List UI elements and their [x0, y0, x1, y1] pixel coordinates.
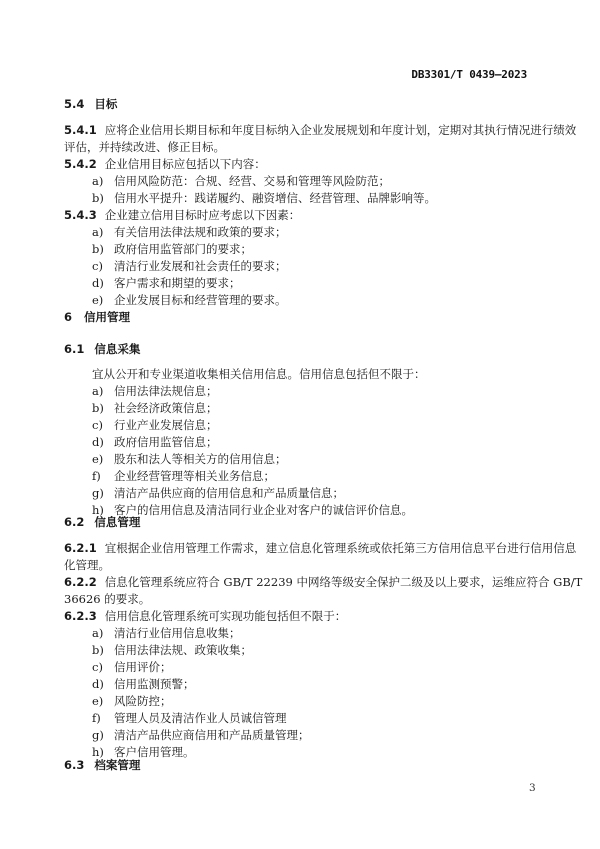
list-item: a)信用法律法规信息； [92, 383, 218, 399]
list-item-text: 信用评价； [114, 660, 172, 674]
list-item-text: 有关信用法律法规和政策的要求； [114, 225, 287, 239]
list-item: e)股东和法人等相关方的信用信息； [92, 451, 287, 467]
list-item: b)政府信用监管部门的要求； [92, 241, 252, 257]
list-item-text: 客户的信用信息及清洁同行业企业对客户的诚信评价信息。 [114, 503, 413, 517]
list-item: c)行业产业发展信息； [92, 417, 218, 433]
clause-text: 企业建立信用目标时应考虑以下因素： [105, 208, 301, 222]
section-title: 信息采集 [94, 342, 140, 356]
section-number: 6.3 [64, 757, 84, 773]
section-number: 6.1 [64, 341, 84, 357]
text: 评估，并持续改进、修正目标。 [64, 140, 225, 154]
list-item-label: c) [92, 258, 114, 274]
clause-number: 5.4.2 [64, 156, 97, 172]
list-item-label: d) [92, 676, 114, 692]
text: 36626 的要求。 [64, 592, 150, 606]
list-item-text: 清洁行业发展和社会责任的要求； [114, 259, 287, 273]
list-item-label: e) [92, 693, 114, 709]
list-item-label: c) [92, 659, 114, 675]
list-item: e)企业发展目标和经营管理的要求。 [92, 292, 287, 308]
list-item-label: a) [92, 625, 114, 641]
continuation-text: 36626 的要求。 [64, 591, 150, 607]
section-heading: 6.3档案管理 [64, 757, 140, 773]
clause-number: 6.2.2 [64, 574, 97, 590]
list-item: a)清洁行业信用信息收集； [92, 625, 241, 641]
section-heading: 6信用管理 [64, 309, 130, 325]
clause: 5.4.3企业建立信用目标时应考虑以下因素： [64, 207, 300, 223]
list-item-label: e) [92, 451, 114, 467]
list-item-label: a) [92, 224, 114, 240]
section-heading: 6.2信息管理 [64, 514, 140, 530]
section-heading: 5.4目标 [64, 96, 117, 112]
list-item: c)信用评价； [92, 659, 172, 675]
list-item-text: 政府信用监管信息； [114, 435, 218, 449]
list-item: e)风险防控； [92, 693, 172, 709]
list-item-text: 客户需求和期望的要求； [114, 276, 241, 290]
section-number: 6 [64, 309, 72, 325]
paragraph: 宜从公开和专业渠道收集相关信用信息。信用信息包括但不限于： [92, 366, 426, 382]
page-number: 3 [529, 782, 536, 794]
list-item-label: f) [92, 710, 114, 726]
list-item-label: b) [92, 642, 114, 658]
list-item: f)企业经营管理等相关业务信息； [92, 468, 275, 484]
clause-text: 信息化管理系统应符合 GB/T 22239 中网络等级安全保护二级及以上要求，运… [105, 575, 583, 589]
list-item-text: 管理人员及清洁作业人员诚信管理 [114, 711, 287, 725]
list-item: b)信用法律法规、政策收集； [92, 642, 252, 658]
clause: 5.4.2企业信用目标应包括以下内容： [64, 156, 266, 172]
list-item-label: e) [92, 292, 114, 308]
list-item-label: b) [92, 190, 114, 206]
list-item-label: d) [92, 434, 114, 450]
list-item: a)有关信用法律法规和政策的要求； [92, 224, 287, 240]
list-item-label: b) [92, 241, 114, 257]
list-item-text: 行业产业发展信息； [114, 418, 218, 432]
clause: 6.2.2信息化管理系统应符合 GB/T 22239 中网络等级安全保护二级及以… [64, 574, 582, 590]
list-item: b)信用水平提升：践诺履约、融资增信、经营管理、品牌影响等。 [92, 190, 436, 206]
list-item-label: d) [92, 275, 114, 291]
list-item-label: a) [92, 383, 114, 399]
section-heading: 6.1信息采集 [64, 341, 140, 357]
clause: 5.4.1应将企业信用长期目标和年度目标纳入企业发展规划和年度计划，定期对其执行… [64, 122, 576, 138]
list-item-text: 信用监测预警； [114, 677, 195, 691]
list-item: g)清洁产品供应商信用和产品质量管理； [92, 727, 310, 743]
list-item: c)清洁行业发展和社会责任的要求； [92, 258, 287, 274]
list-item: d)客户需求和期望的要求； [92, 275, 241, 291]
section-title: 信息管理 [94, 515, 140, 529]
continuation-text: 化管理。 [64, 557, 110, 573]
text: 宜从公开和专业渠道收集相关信用信息。信用信息包括但不限于： [92, 367, 426, 381]
list-item-label: f) [92, 468, 114, 484]
list-item: a)信用风险防范：合规、经营、交易和管理等风险防范； [92, 173, 390, 189]
list-item-text: 社会经济政策信息； [114, 401, 218, 415]
list-item: g)清洁产品供应商的信用信息和产品质量信息； [92, 485, 344, 501]
list-item-label: b) [92, 400, 114, 416]
list-item-text: 信用法律法规、政策收集； [114, 643, 252, 657]
list-item-text: 信用水平提升：践诺履约、融资增信、经营管理、品牌影响等。 [114, 191, 436, 205]
list-item-text: 清洁行业信用信息收集； [114, 626, 241, 640]
list-item-text: 信用法律法规信息； [114, 384, 218, 398]
list-item-text: 信用风险防范：合规、经营、交易和管理等风险防范； [114, 174, 390, 188]
section-title: 信用管理 [84, 310, 130, 324]
clause-number: 5.4.1 [64, 122, 97, 138]
clause-number: 6.2.3 [64, 608, 97, 624]
section-number: 5.4 [64, 96, 84, 112]
continuation-text: 评估，并持续改进、修正目标。 [64, 139, 225, 155]
list-item-text: 清洁产品供应商的信用信息和产品质量信息； [114, 486, 344, 500]
list-item-text: 股东和法人等相关方的信用信息； [114, 452, 287, 466]
section-title: 档案管理 [94, 758, 140, 772]
clause-number: 6.2.1 [64, 540, 97, 556]
clause: 6.2.3信用信息化管理系统可实现功能包括但不限于： [64, 608, 346, 624]
list-item-label: c) [92, 417, 114, 433]
text: 化管理。 [64, 558, 110, 572]
list-item-text: 企业发展目标和经营管理的要求。 [114, 293, 287, 307]
document-code-header: DB3301/T 0439—2023 [411, 68, 527, 81]
list-item-label: g) [92, 485, 114, 501]
clause-text: 宜根据企业信用管理工作需求，建立信息化管理系统或依托第三方信用信息平台进行信用信… [105, 541, 577, 555]
clause-text: 信用信息化管理系统可实现功能包括但不限于： [105, 609, 347, 623]
list-item-text: 清洁产品供应商信用和产品质量管理； [114, 728, 310, 742]
list-item: b)社会经济政策信息； [92, 400, 218, 416]
clause-text: 应将企业信用长期目标和年度目标纳入企业发展规划和年度计划，定期对其执行情况进行绩… [105, 123, 577, 137]
list-item-label: a) [92, 173, 114, 189]
clause-number: 5.4.3 [64, 207, 97, 223]
list-item-text: 风险防控； [114, 694, 172, 708]
list-item: f)管理人员及清洁作业人员诚信管理 [92, 710, 287, 726]
list-item: d)政府信用监管信息； [92, 434, 218, 450]
list-item-text: 企业经营管理等相关业务信息； [114, 469, 275, 483]
clause-text: 企业信用目标应包括以下内容： [105, 157, 266, 171]
list-item-text: 政府信用监管部门的要求； [114, 242, 252, 256]
list-item-label: g) [92, 727, 114, 743]
list-item: d)信用监测预警； [92, 676, 195, 692]
section-number: 6.2 [64, 514, 84, 530]
section-title: 目标 [94, 97, 117, 111]
clause: 6.2.1宜根据企业信用管理工作需求，建立信息化管理系统或依托第三方信用信息平台… [64, 540, 576, 556]
